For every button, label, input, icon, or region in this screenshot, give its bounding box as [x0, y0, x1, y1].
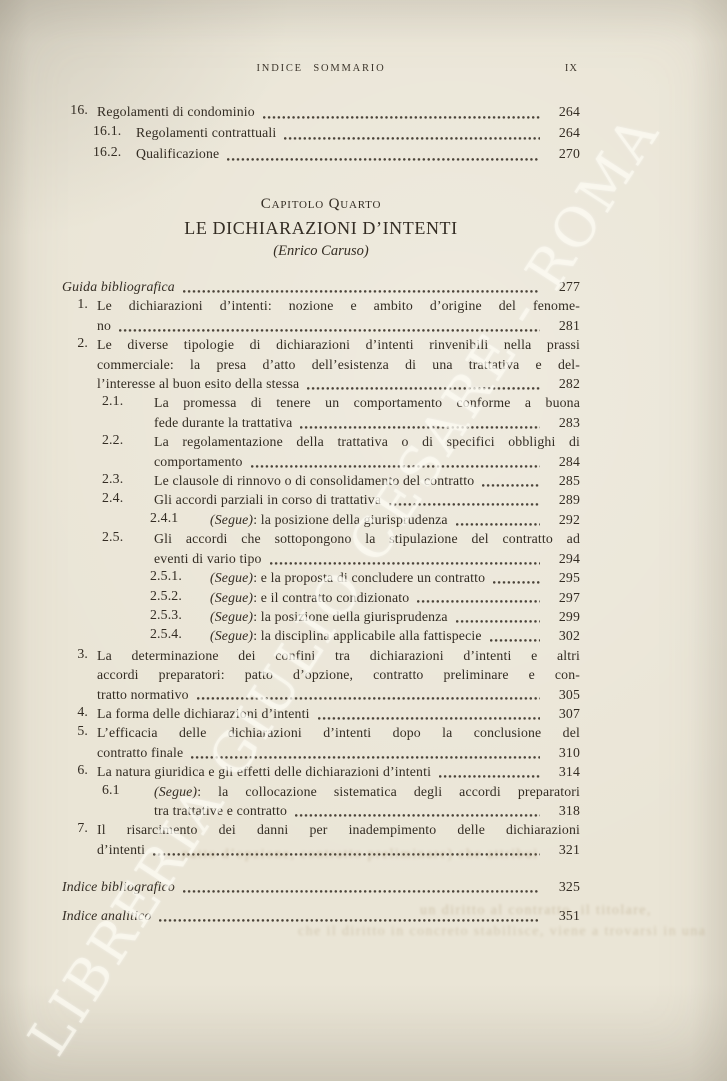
toc-entry-text: Indice analitico [62, 906, 151, 925]
dot-leader [300, 426, 540, 429]
toc-entry-number: 6.1 [102, 782, 146, 798]
toc-entry-text: Le clausole di rinnovo o di consolidamen… [154, 471, 474, 490]
toc-entry-text: d’intenti [97, 840, 145, 859]
dot-leader [482, 484, 540, 487]
toc-entry: 16.Regolamenti di condominio264 [62, 102, 580, 123]
toc-entry: 2.1.La promessa di tenere un comportamen… [62, 393, 580, 432]
dot-leader [183, 890, 540, 893]
page-number: 321 [546, 840, 580, 859]
running-head: INDICE SOMMARIO IX [62, 63, 580, 77]
dot-leader [439, 775, 540, 778]
toc-entry-number: 2.3. [102, 471, 146, 487]
page-number: 314 [546, 762, 580, 781]
toc-entry-text: Qualificazione [136, 144, 219, 165]
toc-entry-number: 7. [62, 820, 88, 836]
page-number: 297 [546, 588, 580, 607]
toc-entry-text: Le diverse tipologie di dichiarazioni d’… [97, 335, 580, 354]
dot-leader [284, 137, 540, 140]
chapter-kicker: Capitolo Quarto [62, 195, 580, 213]
toc-entry-text: (Segue): la posizione della giurispruden… [210, 607, 448, 626]
page-number: 318 [546, 801, 580, 820]
toc-entry-text: Il risarcimento dei danni per inadempime… [97, 820, 580, 839]
toc-entry-number: 6. [62, 762, 88, 778]
toc-entry-text: Guida bibliografica [62, 277, 175, 296]
toc-chapter-list: Guida bibliografica2771.Le dichiarazioni… [62, 277, 580, 925]
page-folio: IX [565, 63, 578, 74]
toc-entry-text: no [97, 316, 111, 335]
toc-entry-text: Le dichiarazioni d’intenti: nozione e am… [97, 296, 580, 315]
toc-entry: Guida bibliografica277 [62, 277, 580, 296]
toc-entry: 2.5.1.(Segue): e la proposta di conclude… [62, 568, 580, 587]
toc-entry-text: tra trattative e contratto [154, 801, 287, 820]
toc-entry-number: 2.1. [102, 393, 146, 409]
dot-leader [227, 158, 540, 161]
page-number: 299 [546, 607, 580, 626]
toc-entry-number: 3. [62, 646, 88, 662]
toc-entry-text: accordi preparatori: patto d’opzione, co… [97, 665, 580, 684]
toc-entry: 16.2.Qualificazione270 [62, 144, 580, 165]
toc-entry-text: Indice bibliografico [62, 877, 175, 896]
toc-entry: 2.5.4.(Segue): la disciplina applicabile… [62, 626, 580, 645]
dot-leader [263, 116, 540, 119]
page-number: 264 [546, 102, 580, 123]
dot-leader [119, 329, 540, 332]
dot-leader [270, 562, 540, 565]
toc-entry-text: (Segue): la posizione della giurispruden… [210, 510, 448, 529]
toc-entry-text: Regolamenti contrattuali [136, 123, 276, 144]
page-number: 307 [546, 704, 580, 723]
toc-entry: 2.4.1(Segue): la posizione della giurisp… [62, 510, 580, 529]
toc-entry-text: La regolamentazione della trattativa o d… [154, 432, 580, 451]
bleed-through-text: patto d’opzione, contratto preliminare) … [182, 847, 539, 863]
toc-entry-text: (Segue): la collocazione sistematica deg… [154, 782, 580, 801]
page-number: 302 [546, 626, 580, 645]
page-number: 292 [546, 510, 580, 529]
toc-entry: 16.1.Regolamenti contrattuali264 [62, 123, 580, 144]
toc-entry: 2.Le diverse tipologie di dichiarazioni … [62, 335, 580, 393]
toc-entry-text: commerciale: la presa d’atto dell’esiste… [97, 355, 580, 374]
toc-entry: 6.La natura giuridica e gli effetti dell… [62, 762, 580, 781]
dot-leader [307, 387, 540, 390]
page-number: 294 [546, 549, 580, 568]
dot-leader [318, 717, 540, 720]
page-number: 285 [546, 471, 580, 490]
page-number: 284 [546, 452, 580, 471]
page-number: 277 [546, 277, 580, 296]
chapter-title: LE DICHIARAZIONI D’INTENTI [62, 218, 580, 238]
page-number: 305 [546, 685, 580, 704]
toc-entry-text: contratto finale [97, 743, 183, 762]
toc-entry: 3.La determinazione dei confini tra dich… [62, 646, 580, 704]
page-number: 289 [546, 490, 580, 509]
toc-entry-number: 1. [62, 296, 88, 312]
toc-entry-text: fede durante la trattativa [154, 413, 292, 432]
toc-entry-number: 16. [62, 102, 88, 118]
toc-entry: 2.3.Le clausole di rinnovo o di consolid… [62, 471, 580, 490]
toc-entry-text: La determinazione dei confini tra dichia… [97, 646, 580, 665]
toc-entry: 2.5.2.(Segue): e il contratto condiziona… [62, 588, 580, 607]
toc-entry-number: 2.5.3. [150, 607, 202, 623]
chapter-heading: Capitolo Quarto LE DICHIARAZIONI D’INTEN… [62, 195, 580, 260]
dot-leader [295, 814, 540, 817]
toc-entry-text: (Segue): e la proposta di concludere un … [210, 568, 485, 587]
toc-entry-number: 5. [62, 723, 88, 739]
toc-entry-text: (Segue): e il contratto condizionato [210, 588, 409, 607]
toc-entry: 2.4.Gli accordi parziali in corso di tra… [62, 490, 580, 509]
toc-entry: 1.Le dichiarazioni d’intenti: nozione e … [62, 296, 580, 335]
toc-entry-number: 2.5.2. [150, 588, 202, 604]
toc-entry-number: 2.5.4. [150, 626, 202, 642]
running-head-title: INDICE SOMMARIO [62, 63, 580, 74]
bleed-through-text: che il diritto in concreto stabilisce, v… [298, 924, 706, 940]
dot-leader [417, 600, 540, 603]
dot-leader [493, 581, 540, 584]
dot-leader [456, 620, 540, 623]
toc-entry-number: 2.2. [102, 432, 146, 448]
toc-entry-number: 16.2. [93, 144, 129, 160]
scanned-book-page: INDICE SOMMARIO IX 16.Regolamenti di con… [0, 0, 727, 1081]
toc-entry-text: l’interesse al buon esito della stessa [97, 374, 299, 393]
dot-leader [490, 639, 540, 642]
toc-entry: 4.La forma delle dichiarazioni d’intenti… [62, 704, 580, 723]
dot-leader [191, 756, 540, 759]
toc-entry-text: L’efficacia delle dichiarazioni d’intent… [97, 723, 580, 742]
toc-entry: 2.2.La regolamentazione della trattativa… [62, 432, 580, 471]
toc-entry-text: La forma delle dichiarazioni d’intenti [97, 704, 310, 723]
toc-entry-number: 4. [62, 704, 88, 720]
chapter-author: (Enrico Caruso) [62, 243, 580, 260]
toc-entry: Indice bibliografico325 [62, 877, 580, 896]
toc-entry: 2.5.3.(Segue): la posizione della giuris… [62, 607, 580, 626]
dot-leader [389, 503, 540, 506]
toc-entry-number: 2.5. [102, 529, 146, 545]
dot-leader [251, 465, 540, 468]
toc-previous-chapter-list: 16.Regolamenti di condominio26416.1.Rego… [62, 102, 580, 164]
dot-leader [183, 290, 540, 293]
dot-leader [197, 697, 540, 700]
toc-entry: 2.5.Gli accordi che sottopongono la stip… [62, 529, 580, 568]
toc-entry-text: Regolamenti di condominio [97, 102, 255, 123]
page-number: 264 [546, 123, 580, 144]
toc-entry-number: 16.1. [93, 123, 129, 139]
dot-leader [456, 523, 540, 526]
page-number: 295 [546, 568, 580, 587]
toc-entry-number: 2.4. [102, 490, 146, 506]
page-number: 282 [546, 374, 580, 393]
toc-entry: 5.L’efficacia delle dichiarazioni d’inte… [62, 723, 580, 762]
toc-entry-text: Gli accordi che sottopongono la stipulaz… [154, 529, 580, 548]
page-number: 281 [546, 316, 580, 335]
toc-entry-number: 2. [62, 335, 88, 351]
page-number: 325 [546, 877, 580, 896]
bleed-through-text: un diritto al contratto, il titolare, [420, 903, 652, 919]
toc-entry-text: La natura giuridica e gli effetti delle … [97, 762, 431, 781]
page-number: 310 [546, 743, 580, 762]
toc-entry-text: (Segue): la disciplina applicabile alla … [210, 626, 482, 645]
page-number: 270 [546, 144, 580, 165]
page-number: 283 [546, 413, 580, 432]
toc-entry-text: tratto normativo [97, 685, 189, 704]
toc-entry-text: Gli accordi parziali in corso di trattat… [154, 490, 381, 509]
toc-entry-number: 2.5.1. [150, 568, 202, 584]
toc-entry-number: 2.4.1 [150, 510, 202, 526]
toc-entry-text: comportamento [154, 452, 243, 471]
toc-entry-text: La promessa di tenere un comportamento c… [154, 393, 580, 412]
toc-entry-text: eventi di vario tipo [154, 549, 262, 568]
toc-entry: 6.1(Segue): la collocazione sistematica … [62, 782, 580, 821]
